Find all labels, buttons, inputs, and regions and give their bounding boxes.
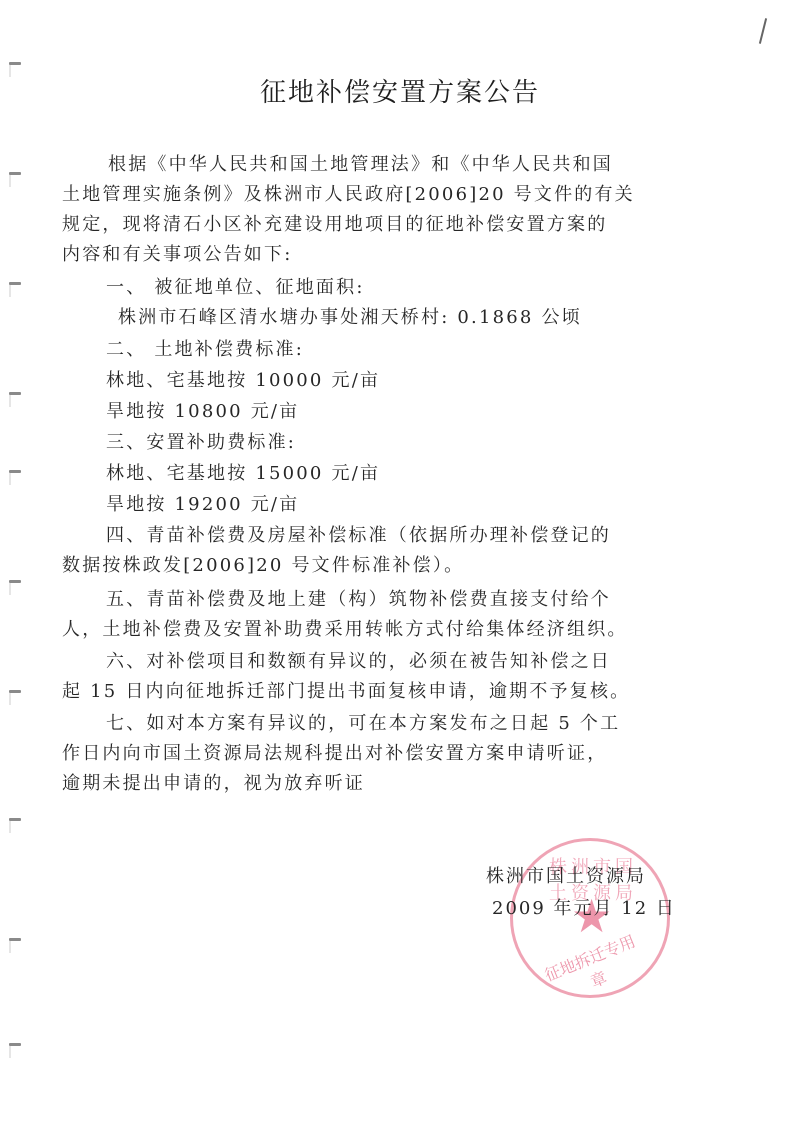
paragraph-line: 规定，现将清石小区补充建设用地项目的征地补偿安置方案的	[62, 210, 607, 236]
punch-hole-mark	[9, 690, 21, 693]
punch-hole-mark	[9, 580, 21, 583]
paragraph-line: 旱地按 10800 元/亩	[106, 397, 299, 423]
section-heading: 七、如对本方案有异议的，可在本方案发布之日起 5 个工	[106, 709, 620, 735]
punch-hole-mark	[9, 392, 21, 395]
section-heading: 三、安置补助费标准:	[106, 428, 296, 454]
paragraph-line: 根据《中华人民共和国土地管理法》和《中华人民共和国	[108, 150, 613, 176]
document-title: 征地补偿安置方案公告	[0, 72, 800, 109]
signature-date: 2009 年元月 12 日	[492, 894, 676, 920]
punch-hole-mark	[9, 1043, 21, 1046]
pen-mark	[759, 18, 767, 44]
paragraph-line: 旱地按 19200 元/亩	[106, 490, 299, 516]
punch-hole-mark	[9, 470, 21, 473]
paragraph-line: 数据按株政发[2006]20 号文件标准补偿）。	[62, 551, 464, 577]
paragraph-line: 土地管理实施条例》及株洲市人民政府[2006]20 号文件的有关	[62, 180, 635, 206]
section-heading: 五、青苗补偿费及地上建（构）筑物补偿费直接支付给个	[106, 585, 611, 611]
paragraph-line: 内容和有关事项公告如下:	[62, 240, 292, 266]
punch-hole-mark	[9, 62, 21, 65]
punch-hole-mark	[9, 938, 21, 941]
punch-hole-mark	[9, 818, 21, 821]
paragraph-line: 林地、宅基地按 15000 元/亩	[106, 459, 380, 485]
paragraph-line: 逾期未提出申请的，视为放弃听证	[62, 769, 365, 795]
paragraph-line: 株洲市石峰区清水塘办事处湘天桥村: 0.1868 公顷	[118, 303, 582, 329]
paragraph-line: 起 15 日内向征地拆迁部门提出书面复核申请，逾期不予复核。	[62, 677, 630, 703]
section-heading: 二、 土地补偿费标准:	[106, 335, 304, 361]
section-heading: 一、 被征地单位、征地面积:	[106, 273, 365, 299]
paragraph-line: 作日内向市国土资源局法规科提出对补偿安置方案申请听证，	[62, 739, 607, 765]
section-heading: 六、对补偿项目和数额有异议的，必须在被告知补偿之日	[106, 647, 611, 673]
signature-issuer: 株洲市国土资源局	[486, 862, 646, 888]
section-heading: 四、青苗补偿费及房屋补偿标准（依据所办理补偿登记的	[106, 521, 611, 547]
paragraph-line: 林地、宅基地按 10000 元/亩	[106, 366, 380, 392]
paragraph-line: 人，土地补偿费及安置补助费采用转帐方式付给集体经济组织。	[62, 615, 628, 641]
punch-hole-mark	[9, 282, 21, 285]
punch-hole-mark	[9, 172, 21, 175]
